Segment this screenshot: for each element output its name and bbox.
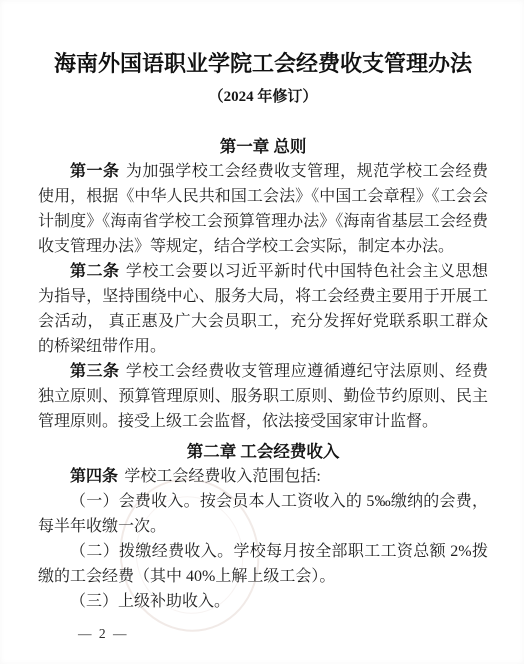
- list-item-3: （三）上级补助收入。: [38, 589, 488, 614]
- chapter-heading-2: 第二章 工会经费收入: [38, 439, 488, 464]
- article-text-4: 学校工会经费收入范围包括:: [124, 468, 320, 485]
- document-title: 海南外国语职业学院工会经费收支管理办法: [38, 50, 488, 78]
- page-number: — 2 —: [78, 626, 129, 642]
- article-number-1: 第一条: [70, 163, 119, 180]
- list-item-2: （二）拨缴经费收入。学校每月按全部职工工资总额 2%拨缴的工会经费（其中 40%…: [38, 539, 488, 589]
- article-paragraph-4: 第四条学校工会经费收入范围包括:: [38, 464, 488, 489]
- article-paragraph-3: 第三条学校工会经费收支管理应遵循遵纪守法原则、经费独立原则、预算管理原则、服务职…: [38, 359, 488, 434]
- article-paragraph-2: 第二条学校工会要以习近平新时代中国特色社会主义思想为指导，坚持围绕中心、服务大局…: [38, 259, 488, 359]
- list-item-1: （一）会费收入。按会员本人工资收入的 5‰缴纳的会费，每半年收缴一次。: [38, 489, 488, 539]
- article-paragraph-1: 第一条为加强学校工会经费收支管理，规范学校工会经费使用，根据《中华人民共和国工会…: [38, 159, 488, 259]
- article-number-3: 第三条: [70, 363, 119, 380]
- document-content: 海南外国语职业学院工会经费收支管理办法 （2024 年修订） 第一章 总则 第一…: [38, 50, 488, 614]
- document-page: 海南外国语职业学院工会经费收支管理办法 （2024 年修订） 第一章 总则 第一…: [0, 0, 524, 664]
- revision-subtitle: （2024 年修订）: [38, 86, 488, 108]
- article-number-4: 第四条: [70, 468, 118, 485]
- article-number-2: 第二条: [70, 263, 119, 280]
- chapter-heading-1: 第一章 总则: [38, 134, 488, 159]
